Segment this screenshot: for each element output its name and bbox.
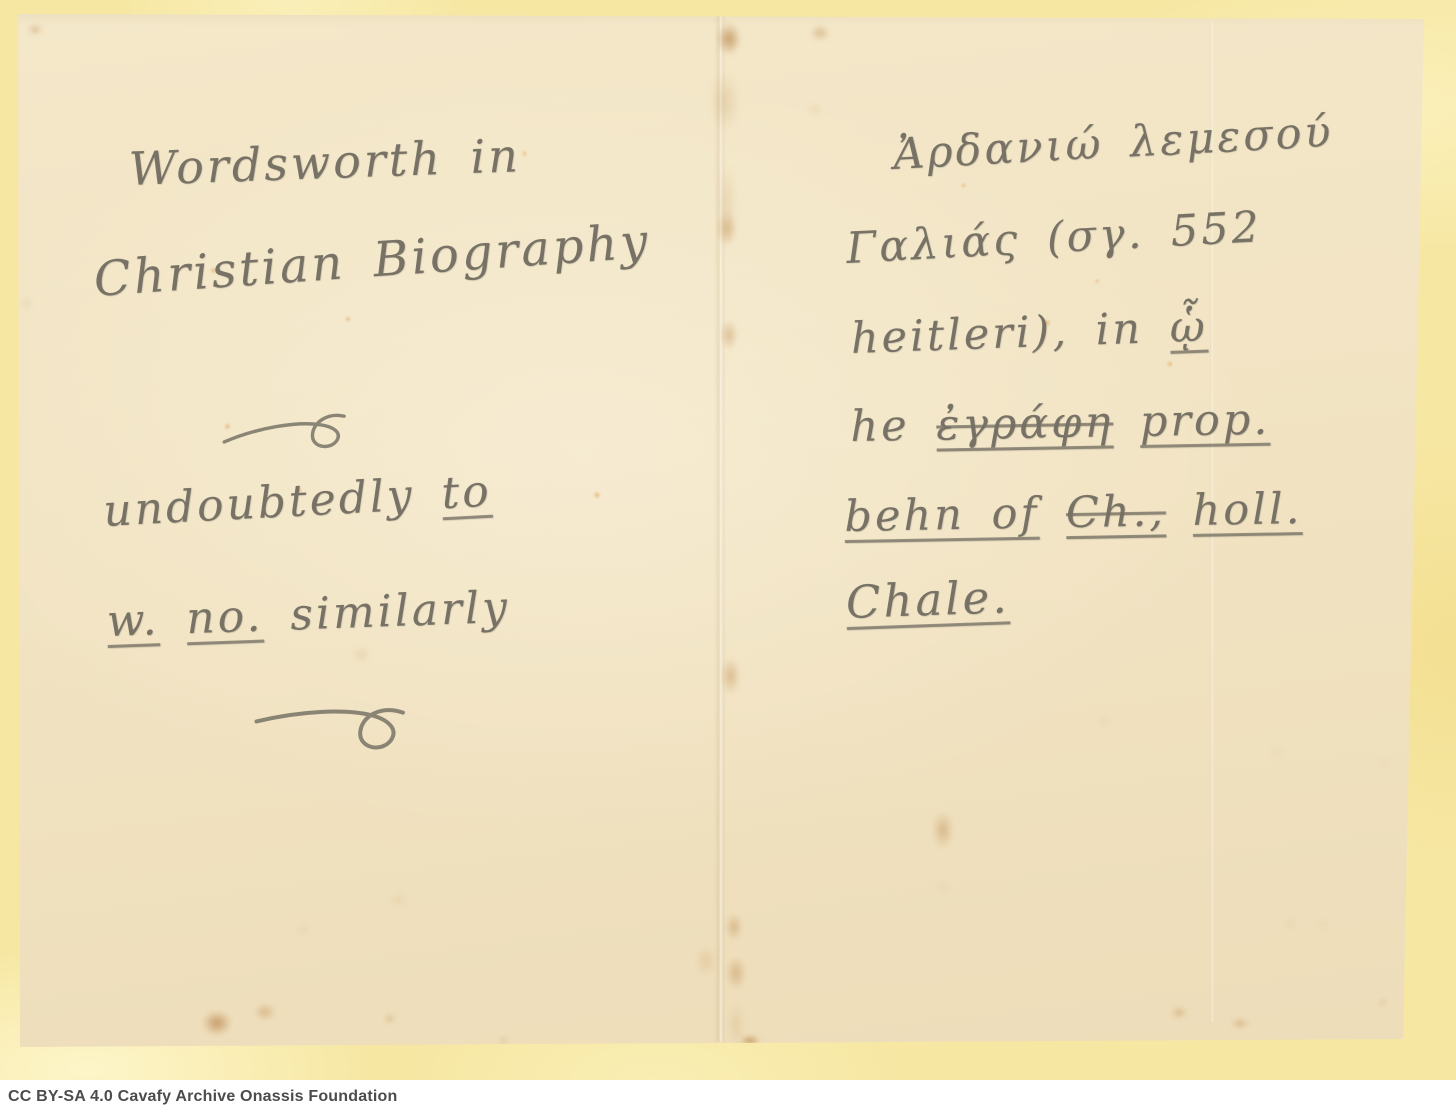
stain-spot bbox=[296, 924, 309, 935]
stain-spot bbox=[806, 102, 824, 117]
stain-spot bbox=[1166, 360, 1174, 368]
handwritten-segment: similarly bbox=[262, 582, 510, 642]
handwritten-segment: Ch., bbox=[1065, 486, 1166, 538]
handwritten-line: Chale. bbox=[845, 570, 1010, 629]
handwritten-line: Γαλιάς (σγ. 552 bbox=[845, 202, 1263, 274]
stain-spot bbox=[344, 315, 352, 323]
stain-spot bbox=[223, 422, 232, 431]
stain-spot bbox=[390, 892, 407, 907]
stain-spot bbox=[1098, 716, 1111, 727]
handwritten-segment: he bbox=[850, 401, 937, 452]
stain-spot bbox=[960, 182, 967, 189]
license-bar: CC BY-SA 4.0 Cavafy Archive Onassis Foun… bbox=[0, 1080, 1456, 1113]
stain-spot bbox=[592, 490, 602, 500]
stain-spot bbox=[382, 1012, 397, 1025]
stain-spot bbox=[806, 22, 834, 44]
stain-spot bbox=[928, 804, 958, 856]
stain-spot bbox=[1094, 278, 1100, 284]
stain-spot bbox=[521, 150, 528, 157]
stain-spot bbox=[1380, 758, 1389, 767]
handwritten-line: heitleri), in ᾧ bbox=[850, 302, 1209, 364]
manuscript-paper: Wordsworth inChristian Biographyundoubte… bbox=[0, 0, 1456, 1080]
handwritten-segment: w. bbox=[106, 594, 160, 647]
stain-spot bbox=[20, 294, 33, 313]
handwritten-line: w. no. similarly bbox=[106, 582, 511, 647]
handwritten-segment: undoubtedly bbox=[102, 468, 443, 537]
handwritten-segment: prop. bbox=[1139, 395, 1270, 447]
handwritten-line: he ἐγράφη prop. bbox=[850, 395, 1270, 452]
stain-spot bbox=[1168, 1004, 1190, 1021]
handwritten-segment bbox=[1165, 486, 1193, 536]
stain-spot bbox=[722, 950, 750, 996]
flourish-mark bbox=[206, 402, 369, 465]
stain-spot bbox=[498, 1036, 509, 1045]
handwritten-segment bbox=[158, 593, 187, 645]
stain-spot bbox=[1272, 748, 1282, 757]
handwritten-line: behn of Ch., holl. bbox=[844, 484, 1303, 542]
stain-spot bbox=[1284, 918, 1296, 928]
handwritten-segment: Γαλιάς (σγ. 552 bbox=[845, 202, 1263, 274]
handwritten-segment: heitleri), in bbox=[850, 303, 1170, 364]
stain-spot bbox=[24, 22, 46, 37]
handwritten-segment: to bbox=[440, 466, 493, 520]
flourish-mark bbox=[235, 691, 422, 757]
handwritten-segment: Christian Biography bbox=[92, 213, 652, 308]
handwritten-segment: Wordsworth in bbox=[128, 128, 522, 196]
stain-spot bbox=[1378, 998, 1387, 1007]
handwritten-segment bbox=[1113, 397, 1141, 447]
stain-spot bbox=[1228, 1016, 1252, 1031]
stain-spot bbox=[250, 1000, 280, 1024]
handwritten-segment: holl. bbox=[1192, 484, 1303, 536]
handwritten-segment bbox=[1039, 488, 1067, 538]
handwritten-segment: Chale. bbox=[845, 570, 1010, 629]
stain-spot bbox=[1318, 920, 1328, 928]
license-text: CC BY-SA 4.0 Cavafy Archive Onassis Foun… bbox=[8, 1088, 397, 1106]
stain-spot bbox=[348, 645, 374, 664]
handwritten-line: Wordsworth in bbox=[128, 128, 522, 196]
handwritten-segment: no. bbox=[185, 591, 264, 645]
handwritten-line: undoubtedly to bbox=[102, 466, 493, 537]
handwritten-line: Ἀρδανιώ λεμεσού bbox=[892, 107, 1335, 180]
stain-spot bbox=[196, 1005, 238, 1041]
handwritten-segment: behn of bbox=[844, 489, 1040, 542]
handwritten-line: Christian Biography bbox=[92, 213, 652, 308]
center-fold-crease bbox=[714, 16, 726, 1042]
handwritten-segment: Ἀρδανιώ λεμεσού bbox=[892, 107, 1335, 180]
handwritten-segment: ᾧ bbox=[1169, 302, 1209, 353]
stain-spot bbox=[936, 882, 949, 893]
handwritten-segment: ἐγράφη bbox=[936, 397, 1114, 450]
